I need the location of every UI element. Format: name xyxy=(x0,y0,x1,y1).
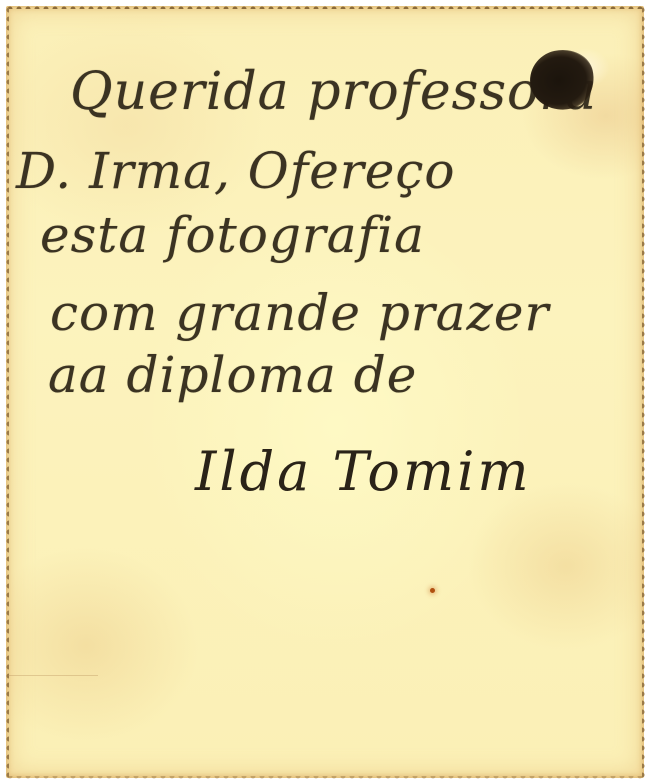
note-line-recipient: D. Irma, Ofereço xyxy=(16,142,455,200)
paper-crease xyxy=(8,675,98,676)
signature: Ilda Tomim xyxy=(195,440,532,503)
note-line-5: aa diploma de xyxy=(48,346,417,404)
note-line-4: com grande prazer xyxy=(50,284,549,342)
note-line-3: esta fotografia xyxy=(40,206,425,264)
note-line-greeting: Querida professora xyxy=(70,62,597,122)
rust-spot-icon xyxy=(430,588,435,593)
